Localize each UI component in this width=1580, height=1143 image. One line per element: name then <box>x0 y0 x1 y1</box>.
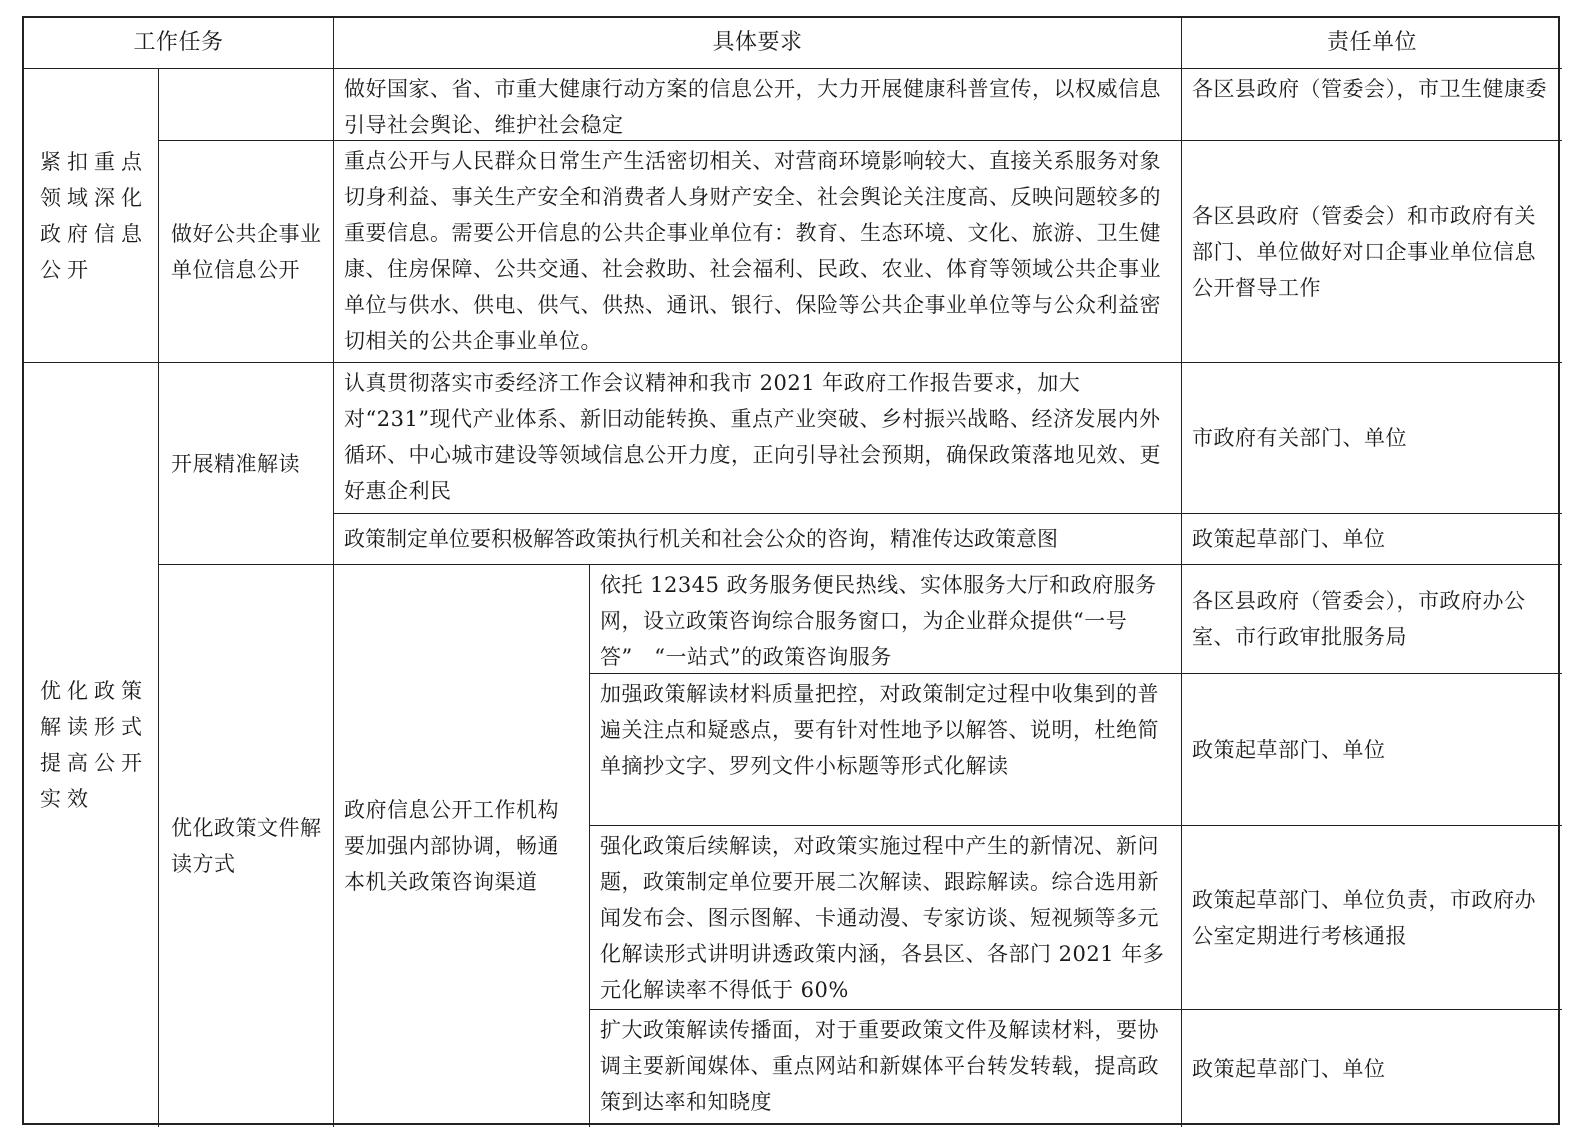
requirement-cell: 依托 12345 政务服务便民热线、实体服务大厅和政府服务网，设立政策咨询综合服… <box>590 565 1182 674</box>
subtask-text: 优化政策文件解读方式 <box>171 810 323 882</box>
requirement-cell: 扩大政策解读传播面，对于重要政策文件及解读材料，要协调主要新闻媒体、重点网站和新… <box>590 1010 1182 1127</box>
responsible-text: 政策起草部门、单位 <box>1192 1051 1386 1087</box>
task-table: 工作任务 具体要求 责任单位 紧扣重点领域深化政府信息公开 做好国家、省、市重大… <box>22 16 1560 1125</box>
header-task: 工作任务 <box>24 18 334 69</box>
requirement-cell: 重点公开与人民群众日常生产生活密切相关、对营商环境影响较大、直接关系服务对象切身… <box>334 141 1182 363</box>
sub-requirement-text: 政府信息公开工作机构要加强内部协调，畅通本机关政策咨询渠道 <box>344 792 579 900</box>
responsible-cell: 政策起草部门、单位 <box>1182 514 1562 565</box>
responsible-cell: 市政府有关部门、单位 <box>1182 363 1562 514</box>
responsible-cell: 政策起草部门、单位 <box>1182 674 1562 826</box>
subtask-cell: 优化政策文件解读方式 <box>159 565 334 1127</box>
responsible-text: 政策起草部门、单位负责，市政府办公室定期进行考核通报 <box>1192 882 1552 954</box>
requirement-cell: 认真贯彻落实市委经济工作会议精神和我市 2021 年政府工作报告要求，加大对“2… <box>334 363 1182 514</box>
responsible-text: 政策起草部门、单位 <box>1192 521 1386 557</box>
subtask-cell: 开展精准解读 <box>159 363 334 565</box>
subtask-text: 做好公共企事业单位信息公开 <box>171 216 323 288</box>
responsible-cell: 各区县政府（管委会），市卫生健康委 <box>1182 69 1562 141</box>
responsible-text: 各区县政府（管委会）和市政府有关部门、单位做好对口企事业单位信息公开督导工作 <box>1192 198 1552 306</box>
responsible-cell: 政策起草部门、单位 <box>1182 1010 1562 1127</box>
group-task-1: 紧扣重点领域深化政府信息公开 <box>24 69 159 363</box>
group-task-1-text: 紧扣重点领域深化政府信息公开 <box>40 144 150 288</box>
responsible-text: 政策起草部门、单位 <box>1192 732 1386 768</box>
responsible-cell: 各区县政府（管委会），市政府办公室、市行政审批服务局 <box>1182 565 1562 674</box>
sub-requirement-cell: 政府信息公开工作机构要加强内部协调，畅通本机关政策咨询渠道 <box>334 565 590 1127</box>
requirement-cell: 强化政策后续解读，对政策实施过程中产生的新情况、新问题，政策制定单位要开展二次解… <box>590 826 1182 1010</box>
responsible-cell: 政策起草部门、单位负责，市政府办公室定期进行考核通报 <box>1182 826 1562 1010</box>
requirement-cell: 政策制定单位要积极解答政策执行机关和社会公众的咨询，精准传达政策意图 <box>334 514 1182 565</box>
group-task-2-text: 优化政策解读形式提高公开实效 <box>40 673 150 817</box>
subtask-cell: 做好公共企事业单位信息公开 <box>159 141 334 363</box>
subtask-text: 开展精准解读 <box>171 446 300 482</box>
header-responsible: 责任单位 <box>1182 18 1562 69</box>
responsible-cell: 各区县政府（管委会）和市政府有关部门、单位做好对口企事业单位信息公开督导工作 <box>1182 141 1562 363</box>
subtask-cell-empty <box>159 69 334 141</box>
requirement-text: 政策制定单位要积极解答政策执行机关和社会公众的咨询，精准传达政策意图 <box>344 521 1058 557</box>
group-task-2: 优化政策解读形式提高公开实效 <box>24 363 159 1127</box>
header-requirement: 具体要求 <box>334 18 1182 69</box>
responsible-text: 各区县政府（管委会），市政府办公室、市行政审批服务局 <box>1192 583 1552 655</box>
requirement-cell: 加强政策解读材料质量把控，对政策制定过程中收集到的普遍关注点和疑惑点，要有针对性… <box>590 674 1182 826</box>
responsible-text: 市政府有关部门、单位 <box>1192 420 1407 456</box>
requirement-cell: 做好国家、省、市重大健康行动方案的信息公开，大力开展健康科普宣传，以权威信息引导… <box>334 69 1182 141</box>
